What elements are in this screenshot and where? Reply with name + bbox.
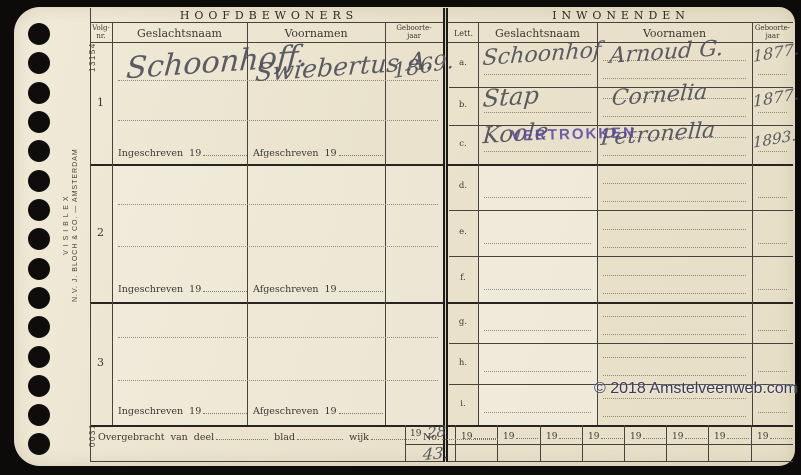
inwonenden-row-h bbox=[449, 343, 793, 384]
punch-hole bbox=[28, 82, 50, 104]
column-header-volgnr-line2: nr. bbox=[90, 32, 112, 40]
geslachtsnaam-cell bbox=[478, 164, 597, 210]
year-cell-text: 19 bbox=[588, 432, 599, 442]
block-number-1: 1 bbox=[91, 96, 110, 109]
column-header-lett: Lett. bbox=[449, 29, 478, 38]
punch-hole bbox=[28, 52, 50, 74]
afgeschreven-label: Afgeschreven 19 bbox=[253, 146, 383, 159]
ingeschreven-label: Ingeschreven 19 bbox=[118, 404, 247, 417]
afgeschreven-label: Afgeschreven 19 bbox=[253, 404, 383, 417]
grid-line bbox=[112, 22, 113, 425]
section-divider-rule bbox=[443, 8, 448, 462]
column-header-voornamen-left: Voornamen bbox=[247, 27, 385, 40]
printer-imprint: V I S I B L E X N.V. J. BLOCH & CO. — AM… bbox=[62, 148, 80, 302]
column-header-geboortejaar-line1: Geboorte- bbox=[752, 24, 793, 32]
wijk-label: wijk bbox=[349, 432, 369, 443]
ingeschreven-label: Ingeschreven 19 bbox=[118, 282, 247, 295]
dotted-fill bbox=[770, 429, 792, 439]
geslachtsnaam-cell bbox=[478, 302, 597, 343]
column-header-geboortejaar-right: Geboorte- jaar bbox=[752, 24, 793, 40]
voornamen-cell bbox=[597, 302, 752, 343]
footer-year-cell: 19 bbox=[461, 429, 496, 442]
grid-line bbox=[751, 425, 752, 462]
inwonenden-row-d bbox=[449, 164, 793, 210]
dotted-fill bbox=[643, 429, 665, 439]
dotted-fill bbox=[339, 282, 383, 292]
dotted-fill bbox=[474, 429, 496, 439]
geslachtsnaam-cell bbox=[478, 256, 597, 302]
grid-line bbox=[540, 425, 541, 462]
handwritten-number: 43. bbox=[422, 443, 449, 464]
right-section-title: INWONENDEN bbox=[449, 9, 793, 22]
ingeschreven-text: Ingeschreven 19 bbox=[118, 284, 201, 295]
footer-year-cell: 19 bbox=[714, 429, 749, 442]
writing-line bbox=[118, 204, 438, 205]
grid-line bbox=[385, 22, 386, 425]
writing-line bbox=[118, 337, 438, 338]
row-letter: e. bbox=[452, 227, 474, 237]
voornamen-cell bbox=[597, 210, 752, 256]
dotted-fill bbox=[339, 404, 383, 414]
geboortejaar-cell bbox=[752, 210, 793, 256]
geboortejaar-cell bbox=[752, 343, 793, 384]
punch-hole bbox=[28, 111, 50, 133]
punch-hole bbox=[28, 170, 50, 192]
column-header-volgnr-line1: Volg- bbox=[90, 24, 112, 32]
punch-hole bbox=[28, 199, 50, 221]
punch-hole bbox=[28, 23, 50, 45]
writing-line bbox=[118, 246, 438, 247]
dotted-fill bbox=[601, 429, 623, 439]
afgeschreven-text: Afgeschreven 19 bbox=[253, 284, 337, 295]
punch-hole bbox=[28, 228, 50, 250]
year-cell-text: 19 bbox=[461, 432, 472, 442]
geboortejaar-cell bbox=[752, 256, 793, 302]
dotted-fill bbox=[203, 146, 247, 156]
block-number-2: 2 bbox=[91, 226, 110, 239]
afgeschreven-text: Afgeschreven 19 bbox=[253, 406, 337, 417]
punch-hole bbox=[28, 140, 50, 162]
punch-hole bbox=[28, 316, 50, 338]
footer-year-cell: 19 bbox=[630, 429, 665, 442]
row-letter: c. bbox=[452, 139, 474, 149]
row-letter: d. bbox=[452, 181, 474, 191]
footer-year-cell: 19 bbox=[588, 429, 623, 442]
footer-year-cell: 19 bbox=[546, 429, 581, 442]
punch-hole bbox=[28, 258, 50, 280]
year-cell-text: 19 bbox=[546, 432, 557, 442]
column-header-geboortejaar-left: Geboorte- jaar bbox=[385, 24, 443, 40]
grid-line bbox=[666, 425, 667, 462]
column-header-geslachtsnaam-right: Geslachtsnaam bbox=[478, 27, 597, 40]
year-cell-text: 19 bbox=[503, 432, 514, 442]
geslachtsnaam-cell bbox=[478, 343, 597, 384]
dotted-fill bbox=[216, 430, 268, 440]
geboortejaar-cell bbox=[752, 164, 793, 210]
dotted-fill bbox=[559, 429, 581, 439]
row-letter: a. bbox=[452, 58, 474, 68]
blad-label: blad bbox=[274, 432, 295, 443]
row-letter: b. bbox=[452, 100, 474, 110]
row-letter: h. bbox=[452, 358, 474, 368]
footer-year-cell: 19 bbox=[503, 429, 538, 442]
footer-year-prefix: 19 bbox=[410, 429, 421, 439]
row-letter: f. bbox=[452, 273, 474, 283]
handwritten-year: 28 bbox=[427, 422, 447, 442]
afgeschreven-text: Afgeschreven 19 bbox=[253, 148, 337, 159]
year-cell-text: 19 bbox=[630, 432, 641, 442]
year-cell-text: 19 bbox=[714, 432, 725, 442]
voornamen-cell bbox=[597, 343, 752, 384]
punch-hole bbox=[28, 375, 50, 397]
column-header-voornamen-right: Voornamen bbox=[597, 27, 752, 40]
year-cell-text: 19 bbox=[757, 432, 768, 442]
ingeschreven-text: Ingeschreven 19 bbox=[118, 148, 201, 159]
punch-hole bbox=[28, 404, 50, 426]
dotted-fill bbox=[297, 430, 343, 440]
inwonenden-row-g bbox=[449, 302, 793, 343]
grid-line bbox=[247, 22, 248, 425]
voornamen-cell bbox=[597, 256, 752, 302]
grid-line bbox=[405, 444, 793, 445]
punch-hole bbox=[28, 433, 50, 455]
dotted-fill bbox=[203, 282, 247, 292]
ingeschreven-label: Ingeschreven 19 bbox=[118, 146, 247, 159]
printer-imprint-line2: N.V. J. BLOCH & CO. — AMSTERDAM bbox=[71, 148, 80, 302]
printer-imprint-line1: V I S I B L E X bbox=[62, 148, 71, 302]
dotted-fill bbox=[339, 146, 383, 156]
dotted-fill bbox=[727, 429, 749, 439]
handwritten-surname-row-b: Stap bbox=[482, 81, 540, 113]
column-header-geboortejaar-line1: Geboorte- bbox=[385, 24, 443, 32]
column-header-geslachtsnaam-left: Geslachtsnaam bbox=[112, 27, 247, 40]
grid-line bbox=[708, 425, 709, 462]
footer-year-cell: 19 bbox=[672, 429, 707, 442]
writing-line bbox=[118, 120, 438, 121]
dotted-fill bbox=[516, 429, 538, 439]
footer-year-cell: 19 bbox=[757, 429, 792, 442]
geslachtsnaam-cell bbox=[478, 210, 597, 256]
punch-hole bbox=[28, 346, 50, 368]
scanned-register-card: 13154 V I S I B L E X N.V. J. BLOCH & CO… bbox=[0, 0, 801, 475]
voornamen-cell bbox=[597, 164, 752, 210]
column-header-geboortejaar-line2: jaar bbox=[385, 32, 443, 40]
grid-line bbox=[90, 22, 793, 23]
row-letter: g. bbox=[452, 317, 474, 327]
punch-hole bbox=[28, 287, 50, 309]
ingeschreven-text: Ingeschreven 19 bbox=[118, 406, 201, 417]
grid-line bbox=[624, 425, 625, 462]
overgebracht-label: Overgebracht van deel bbox=[98, 432, 214, 443]
afgeschreven-label: Afgeschreven 19 bbox=[253, 282, 383, 295]
column-header-geboortejaar-line2: jaar bbox=[752, 32, 793, 40]
copyright-watermark: © 2018 Amstelveenweb.com bbox=[594, 380, 797, 398]
dotted-fill bbox=[203, 404, 247, 414]
column-header-volgnr: Volg- nr. bbox=[90, 24, 112, 40]
block-number-3: 3 bbox=[91, 356, 110, 369]
row-letter: i. bbox=[452, 399, 474, 409]
vertrokken-stamp: VERTROKKEN bbox=[511, 124, 636, 144]
grid-line bbox=[582, 425, 583, 462]
dotted-fill bbox=[685, 429, 707, 439]
left-section-title: HOOFDBEWONERS bbox=[95, 9, 443, 22]
inwonenden-row-e bbox=[449, 210, 793, 256]
year-cell-text: 19 bbox=[672, 432, 683, 442]
inwonenden-row-f bbox=[449, 256, 793, 302]
geboortejaar-cell bbox=[752, 302, 793, 343]
geslachtsnaam-cell bbox=[478, 384, 597, 425]
writing-line bbox=[118, 380, 438, 381]
